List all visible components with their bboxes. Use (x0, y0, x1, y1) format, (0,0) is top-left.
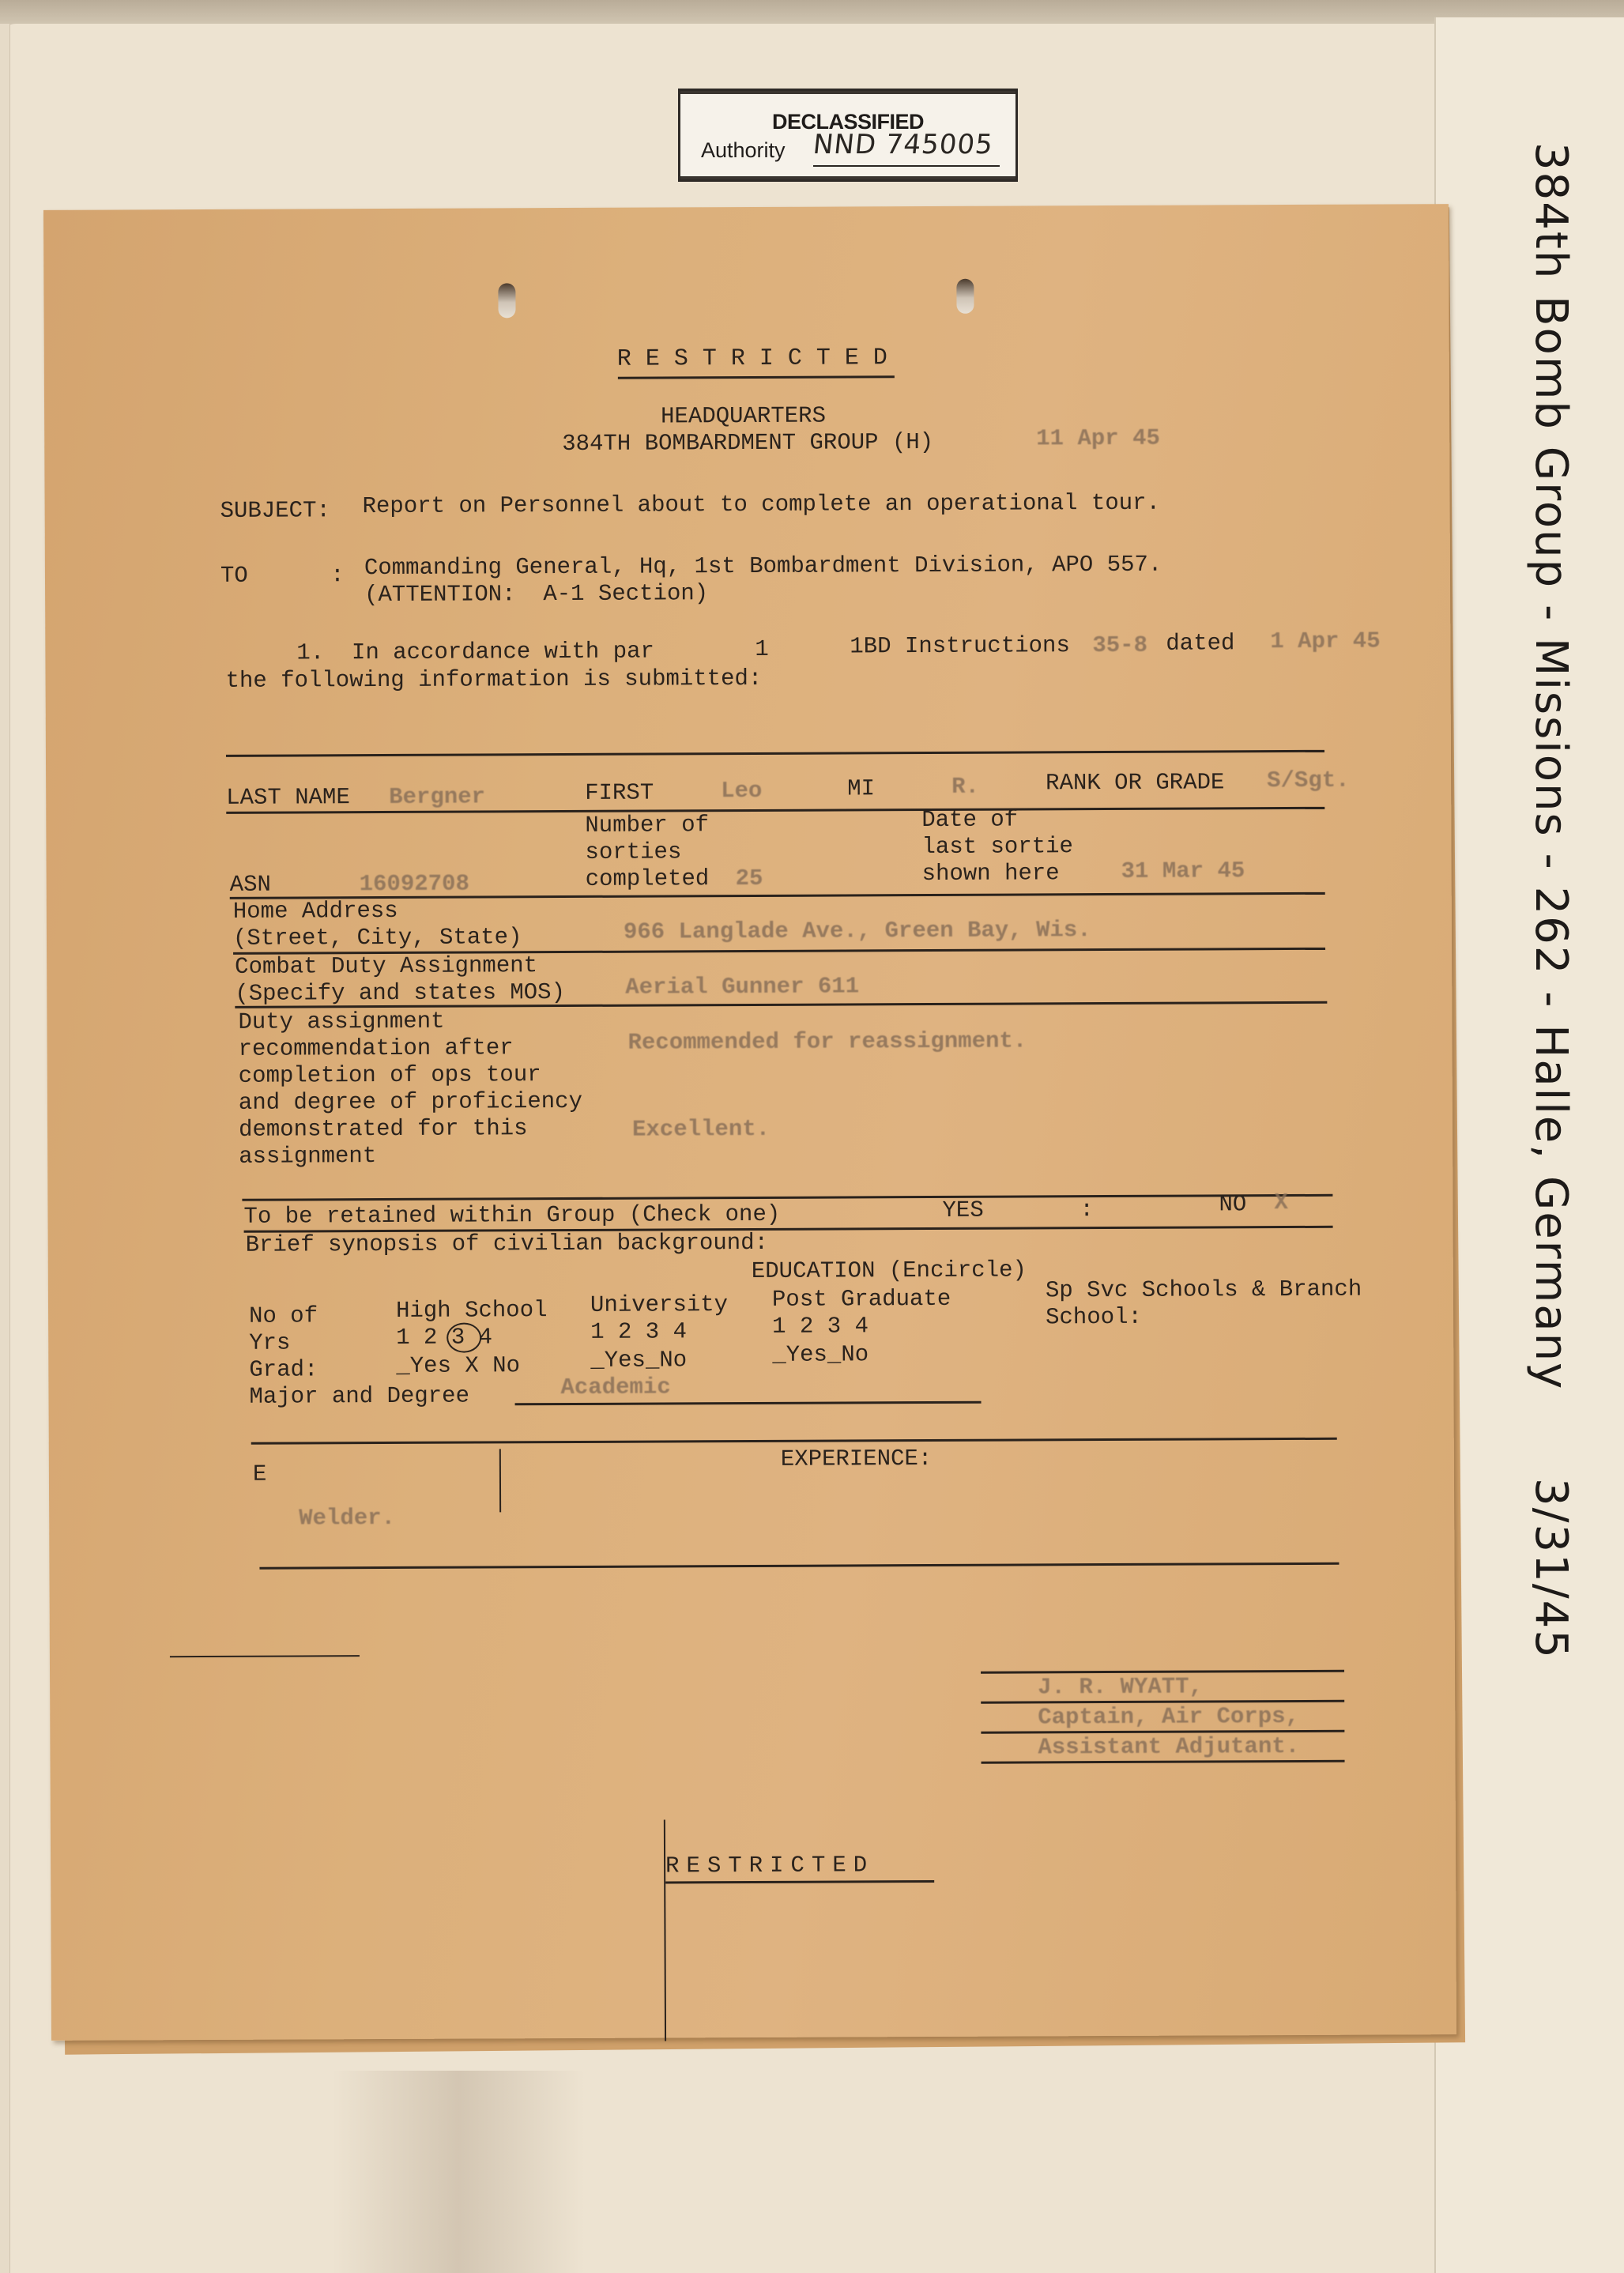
subject-label: SUBJECT: (220, 497, 330, 525)
hs-grad: _Yes X No (396, 1352, 520, 1380)
signature-title: Assistant Adjutant. (1038, 1733, 1299, 1761)
major-rule (515, 1401, 982, 1406)
document-page: R E S T R I C T E D HEADQUARTERS 384TH B… (43, 204, 1456, 2041)
home-address-value: 966 Langlade Ave., Green Bay, Wis. (624, 917, 1091, 946)
signature-rank: Captain, Air Corps, (1038, 1703, 1299, 1731)
last-sortie-value: 31 Mar 45 (1121, 858, 1245, 885)
para1-instruction-number: 35-8 (1092, 632, 1147, 659)
signature-name: J. R. WYATT, (1038, 1674, 1203, 1702)
duty-rec-label-5: demonstrated for this (239, 1115, 528, 1144)
combat-duty-label-1: Combat Duty Assignment (235, 952, 537, 981)
last-name-label: LAST NAME (226, 784, 350, 812)
asn-label: ASN (230, 872, 271, 899)
sorties-label-2: sorties (585, 839, 681, 866)
university-grad: _Yes_No (590, 1347, 687, 1374)
sorties-label-3: completed (586, 865, 710, 893)
major-value: Academic (560, 1374, 670, 1401)
experience-top-rule (251, 1438, 1337, 1445)
stamp-authority-value: NND 745005 (812, 129, 1001, 160)
duty-rec-label-2: recommendation after (239, 1035, 514, 1063)
classification-top: R E S T R I C T E D (617, 345, 887, 372)
sorties-value: 25 (736, 865, 763, 892)
shadow (332, 2071, 585, 2273)
margin-note-date: 3/31/45 (1525, 1478, 1577, 1660)
para1-par-number: 1 (755, 636, 769, 663)
duty-rec-label-6: assignment (239, 1143, 376, 1170)
classification-bottom: RESTRICTED (665, 1852, 874, 1879)
para1-dated: dated (1166, 630, 1234, 657)
sorties-label-1: Number of (585, 812, 709, 839)
home-address-label-2: (Street, City, State) (233, 924, 522, 952)
hs-label: High School (396, 1297, 548, 1325)
grad-label: Grad: (249, 1356, 318, 1383)
to-label: TO : (220, 562, 345, 590)
rank-value: S/Sgt. (1267, 767, 1350, 794)
duty-rec-label-4: and degree of proficiency (239, 1088, 582, 1117)
punch-hole-right (956, 279, 974, 314)
hs-year-circle (447, 1322, 481, 1352)
last-sortie-label-2: last sortie (921, 833, 1073, 861)
experience-label: EXPERIENCE: (781, 1446, 933, 1473)
sp-svc-label-2: School: (1046, 1304, 1142, 1332)
last-sortie-label-3: shown here (922, 860, 1060, 888)
major-label: Major and Degree (249, 1383, 469, 1411)
duty-rec-label-3: completion of ops tour (239, 1061, 541, 1090)
post-graduate-years: 1 2 3 4 (772, 1313, 869, 1340)
combat-duty-label-2: (Specify and states MOS) (235, 979, 565, 1008)
experience-bottom-rule (259, 1562, 1339, 1570)
asn-value: 16092708 (360, 871, 469, 899)
yrs-label: Yrs (249, 1330, 290, 1357)
last-name-value: Bergner (389, 783, 485, 811)
e-label: E (253, 1461, 267, 1488)
declassified-stamp: DECLASSIFIED Authority NND 745005 (678, 89, 1018, 182)
last-sortie-label-1: Date of (921, 807, 1018, 835)
classification-bottom-underline (665, 1880, 934, 1883)
para1-text-b: 1BD Instructions (850, 632, 1070, 660)
mi-label: MI (847, 775, 875, 802)
rank-label: RANK OR GRADE (1046, 769, 1224, 797)
no-of-label: No of (249, 1302, 318, 1329)
signature-rule-4 (982, 1760, 1345, 1764)
to-line1: Commanding General, Hq, 1st Bombardment … (364, 552, 1162, 582)
combat-duty-value: Aerial Gunner 611 (625, 973, 859, 1001)
classification-underline (618, 375, 895, 379)
subject-text: Report on Personnel about to complete an… (363, 490, 1161, 520)
header-headquarters: HEADQUARTERS (661, 403, 826, 431)
to-line2: (ATTENTION: A-1 Section) (364, 580, 708, 609)
retained-top-rule (242, 1194, 1332, 1201)
stamp-underline (813, 165, 1000, 167)
para1-date: 1 Apr 45 (1270, 628, 1380, 656)
document-date: 11 Apr 45 (1036, 425, 1160, 453)
civilian-label: Brief synopsis of civilian background: (246, 1230, 768, 1259)
form-top-rule (226, 750, 1324, 757)
duty-recommendation-value: Recommended for reassignment. (627, 1027, 1027, 1056)
mi-value: R. (951, 774, 979, 801)
experience-divider (499, 1449, 501, 1512)
university-label: University (590, 1291, 728, 1319)
margin-note-description: 384th Bomb Group - Missions - 262 - Hall… (1525, 142, 1577, 1390)
proficiency-value: Excellent. (632, 1116, 770, 1144)
post-graduate-label: Post Graduate (772, 1286, 951, 1314)
retained-label: To be retained within Group (Check one) (243, 1201, 780, 1231)
university-years: 1 2 3 4 (590, 1318, 687, 1346)
sp-svc-label-1: Sp Svc Schools & Branch (1046, 1276, 1362, 1305)
duty-rec-label-1: Duty assignment (238, 1008, 444, 1036)
experience-value: Welder. (299, 1505, 395, 1532)
folder-edge (0, 24, 10, 2273)
retained-yes-label: YES (942, 1197, 983, 1224)
header-group: 384TH BOMBARDMENT GROUP (H) (562, 429, 933, 458)
first-name-value: Leo (721, 778, 762, 805)
punch-hole-left (498, 283, 515, 318)
home-address-label-1: Home Address (233, 898, 398, 925)
left-fold-mark (170, 1655, 360, 1657)
para1-text-a: 1. In accordance with par (296, 639, 654, 667)
first-name-label: FIRST (585, 780, 654, 807)
retained-no-label: NO (1219, 1191, 1246, 1218)
para1-text-c: the following information is submitted: (225, 665, 762, 695)
stamp-authority-label: Authority (701, 138, 786, 163)
retained-separator: : (1080, 1197, 1094, 1223)
post-graduate-grad: _Yes_No (772, 1341, 869, 1369)
retained-no-mark: X (1274, 1189, 1288, 1216)
education-label: EDUCATION (Encircle) (752, 1257, 1027, 1285)
